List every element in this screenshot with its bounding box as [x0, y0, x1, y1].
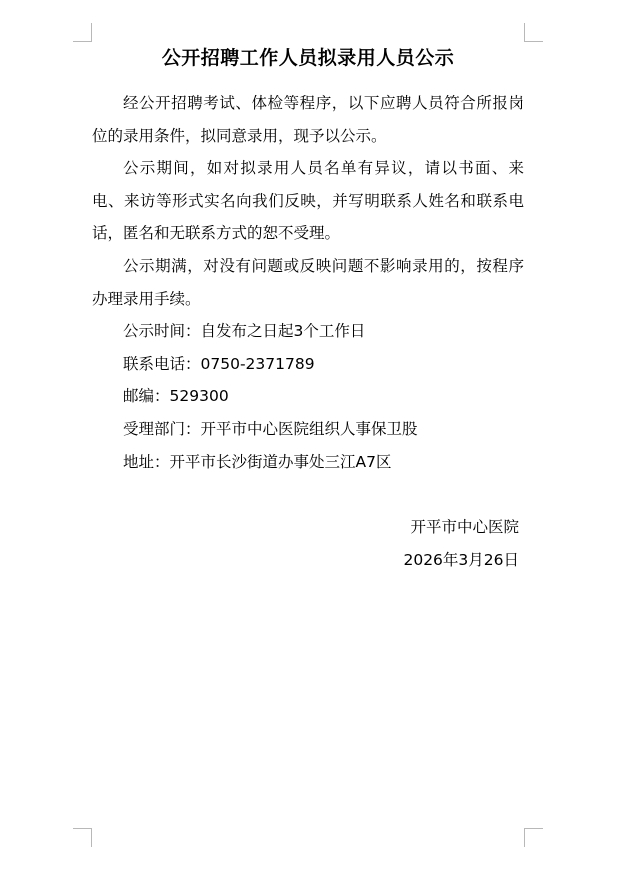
document-body: 经公开招聘考试、体检等程序，以下应聘人员符合所报岗位的录用条件，拟同意录用，现予…: [92, 87, 524, 478]
info-address: 地址：开平市长沙街道办事处三江A7区: [92, 446, 524, 479]
page-corner-mark-bottom-left: [73, 828, 92, 847]
info-phone: 联系电话：0750-2371789: [92, 348, 524, 381]
paragraph-completion: 公示期满，对没有问题或反映问题不影响录用的，按程序办理录用手续。: [92, 250, 524, 315]
info-value: 自发布之日起3个工作日: [201, 322, 366, 340]
info-value: 开平市长沙街道办事处三江A7区: [170, 453, 392, 471]
signature-organization: 开平市中心医院: [92, 511, 519, 544]
info-label: 邮编：: [123, 387, 170, 405]
info-value: 开平市中心医院组织人事保卫股: [201, 420, 418, 438]
info-label: 地址：: [123, 453, 170, 471]
info-department: 受理部门：开平市中心医院组织人事保卫股: [92, 413, 524, 446]
page-corner-mark-bottom-right: [524, 828, 543, 847]
info-publicity-period: 公示时间：自发布之日起3个工作日: [92, 315, 524, 348]
signature-block: 开平市中心医院 2026年3月26日: [92, 511, 519, 577]
page-corner-mark-top-left: [73, 23, 92, 42]
info-label: 公示时间：: [123, 322, 201, 340]
info-label: 联系电话：: [123, 355, 201, 373]
document-title: 公开招聘工作人员拟录用人员公示: [92, 44, 524, 72]
page-corner-mark-top-right: [524, 23, 543, 42]
info-label: 受理部门：: [123, 420, 201, 438]
signature-date: 2026年3月26日: [92, 544, 519, 577]
info-value: 0750-2371789: [201, 355, 315, 373]
paragraph-intro: 经公开招聘考试、体检等程序，以下应聘人员符合所报岗位的录用条件，拟同意录用，现予…: [92, 87, 524, 152]
paragraph-objection: 公示期间，如对拟录用人员名单有异议，请以书面、来电、来访等形式实名向我们反映，并…: [92, 152, 524, 250]
info-value: 529300: [170, 387, 229, 405]
info-postcode: 邮编：529300: [92, 380, 524, 413]
